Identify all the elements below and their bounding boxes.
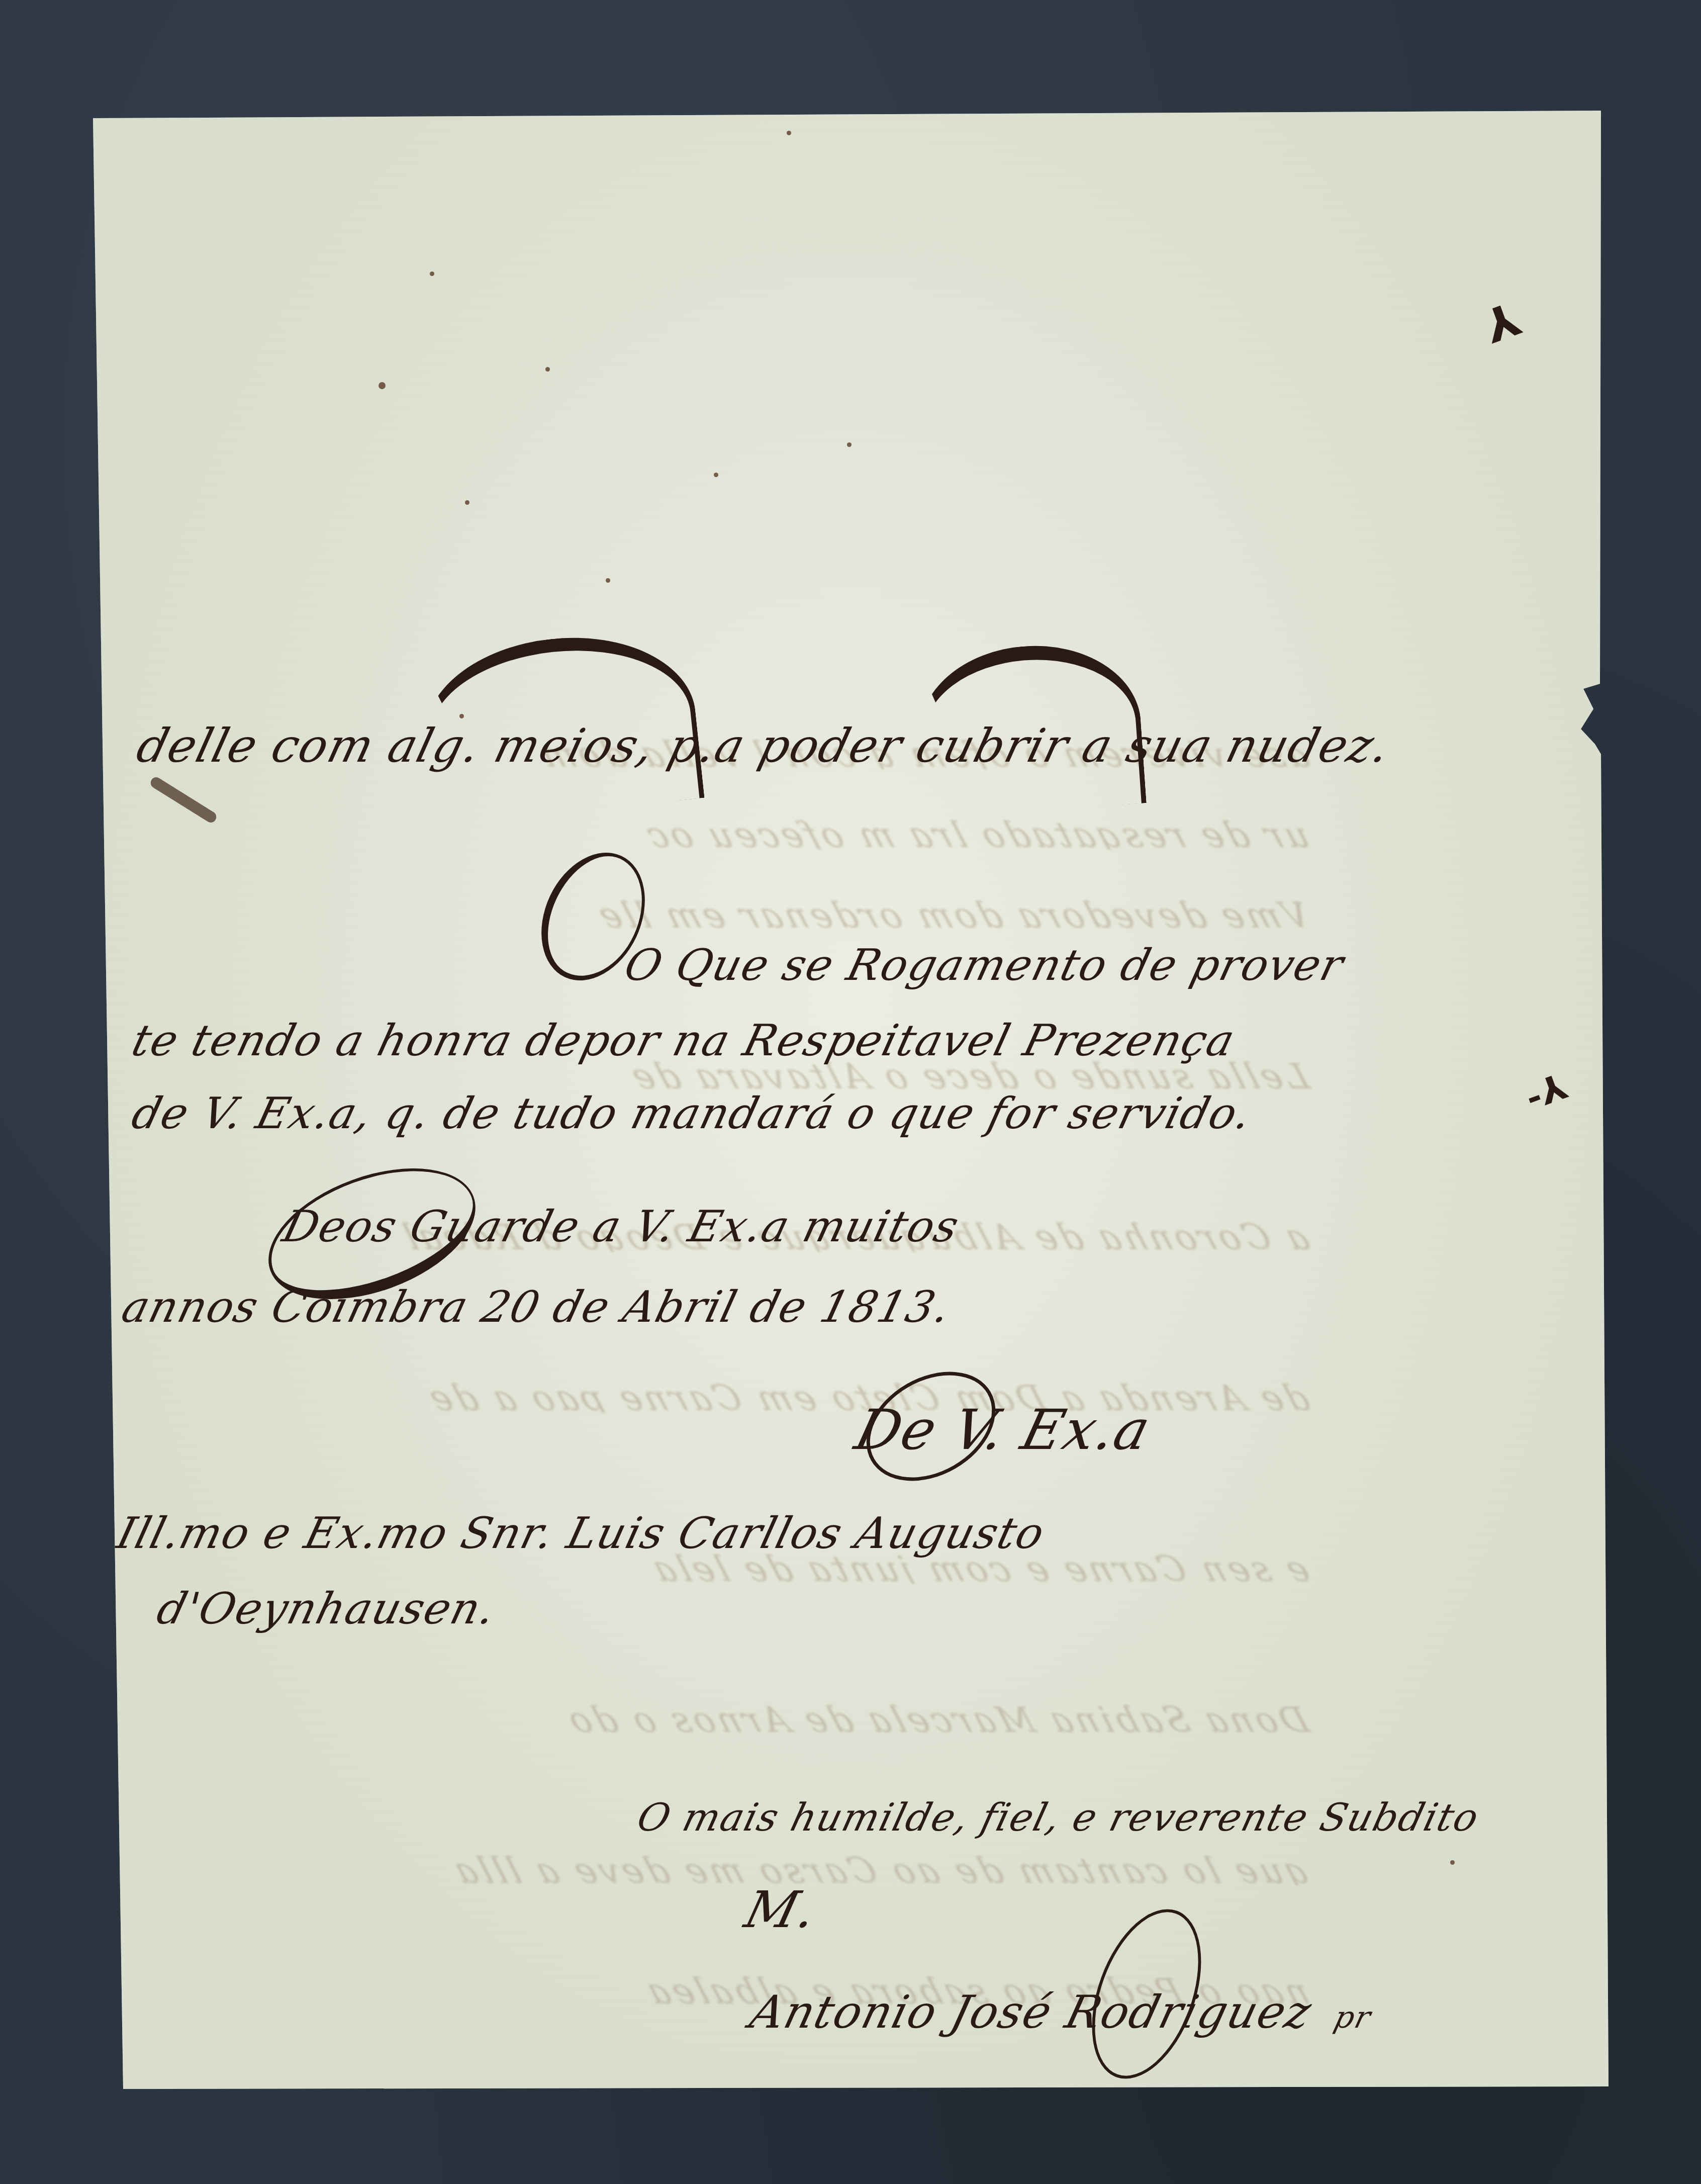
letter-body-line: Deos Guarde a V. Ex.a muitos	[278, 1202, 965, 1252]
letter-date-line: annos Coimbra 20 de Abril de 1813.	[117, 1282, 957, 1332]
ink-mark-icon: ⅄	[1477, 292, 1528, 354]
foxing-spot	[787, 131, 791, 135]
letter-body-line: de V. Ex.a, q. de tudo mandará o que for…	[127, 1088, 1258, 1139]
manuscript-page: ase viverem o ofem q con l vella dom ur …	[93, 111, 1609, 2089]
letter-body-line: delle com alg. meios, p.a poder cubrir a…	[132, 719, 1396, 773]
foxing-spot	[714, 473, 718, 477]
letter-body-line: O Que se Rogamento de prover	[620, 940, 1349, 990]
foxing-spot	[847, 442, 852, 447]
bleed-through-line: Vme devedora dom ordenar em lle	[118, 895, 1313, 930]
foxing-spot	[465, 500, 469, 505]
ink-mark-icon: -⅄	[1520, 1065, 1573, 1118]
bleed-through-line: que lo cantam de ao Carso me deve a llla	[118, 1850, 1313, 1885]
bleed-through-line: ur de resgatado lra m ofeceu oc	[118, 814, 1313, 850]
signature: Antonio José Rodriguez pr	[745, 1986, 1379, 2039]
valediction: O mais humilde, fiel, e reverente Subdit…	[633, 1795, 1484, 1840]
letter-body-line: te tendo a honra depor na Respeitavel Pr…	[127, 1016, 1241, 1066]
foxing-spot	[430, 271, 434, 276]
foxing-spot	[1450, 1860, 1455, 1865]
closing-salutation: De V. Ex.a	[849, 1398, 1157, 1462]
foxing-spot	[545, 367, 550, 372]
foxing-spot	[379, 382, 386, 389]
signature-name: Antonio José Rodriguez	[745, 1986, 1317, 2039]
foxing-spot	[606, 578, 610, 583]
signature-prefix: M.	[739, 1880, 823, 1939]
addressee-line: Ill.mo e Ex.mo Snr. Luis Carllos Augusto	[112, 1508, 1050, 1559]
bleed-through-line: Dona Sabina Marcela de Arnos o do	[118, 1699, 1313, 1735]
addressee-line: d'Oeynhausen.	[152, 1584, 502, 1634]
signature-suffix: pr	[1331, 2000, 1375, 2035]
